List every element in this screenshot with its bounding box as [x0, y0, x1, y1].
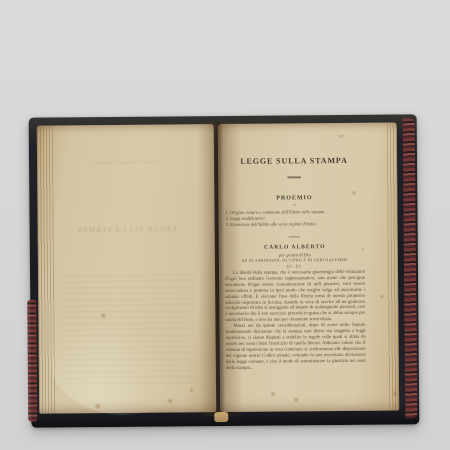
showthrough-title-text: LEGGE SULLA STAMPA [52, 224, 202, 234]
showthrough-header-text: LEGGE SULLA STAMPA [51, 160, 201, 166]
foxing-spot [270, 392, 276, 397]
section-divider-rule [289, 236, 300, 237]
royal-etcetera: EC. EC. [225, 263, 365, 268]
body-paragraph: Mossi noi da queste considerazioni, dopo… [225, 323, 365, 371]
page-edge-stack [37, 125, 56, 413]
foxing-spot [379, 295, 384, 299]
title-divider-rule [287, 176, 301, 178]
foxing-spot [94, 403, 101, 409]
page-title: LEGGE SULLA STAMPA [224, 156, 364, 166]
heading-flourish [293, 204, 295, 205]
foxing-spot [189, 388, 194, 392]
royal-titles: RE DI SARDEGNA, DI CIPRO E DI GERUSALEMM… [225, 258, 365, 263]
foxing-spot [167, 398, 173, 403]
left-page: LEGGE SULLA STAMPA LEGGE SULLA STAMPA [37, 124, 217, 414]
right-page: 365 LEGGE SULLA STAMPA PROEMIO 1. Origin… [218, 122, 400, 412]
royal-name: CARLO ALBERTO [225, 244, 365, 251]
foxing-spot [392, 390, 398, 396]
page-number: 365 [338, 134, 368, 139]
proemio-index-list: 1. Origine, natura e contenuto dell'Edit… [225, 209, 365, 228]
margin-note: 9 [362, 247, 364, 252]
foxing-spot [293, 397, 299, 402]
foxing-spot [100, 313, 106, 318]
body-text-block: La libertà della stampa, che è necessari… [225, 270, 366, 372]
showthrough-paragraph-blur [60, 274, 195, 385]
body-paragraph: La libertà della stampa, che è necessari… [225, 270, 365, 324]
open-book: LEGGE SULLA STAMPA LEGGE SULLA STAMPA 36… [29, 114, 420, 427]
section-heading: PROEMIO [224, 195, 364, 202]
spine-fold-tab [214, 412, 228, 422]
index-item: 3. Estensione dell'Editto alle varie reg… [226, 221, 366, 228]
foxing-spot [351, 191, 356, 195]
marbled-cover-edge-left [27, 300, 37, 422]
royal-subtitle: per grazia di Dio [225, 251, 365, 257]
photo-background: LEGGE SULLA STAMPA LEGGE SULLA STAMPA 36… [0, 0, 450, 450]
